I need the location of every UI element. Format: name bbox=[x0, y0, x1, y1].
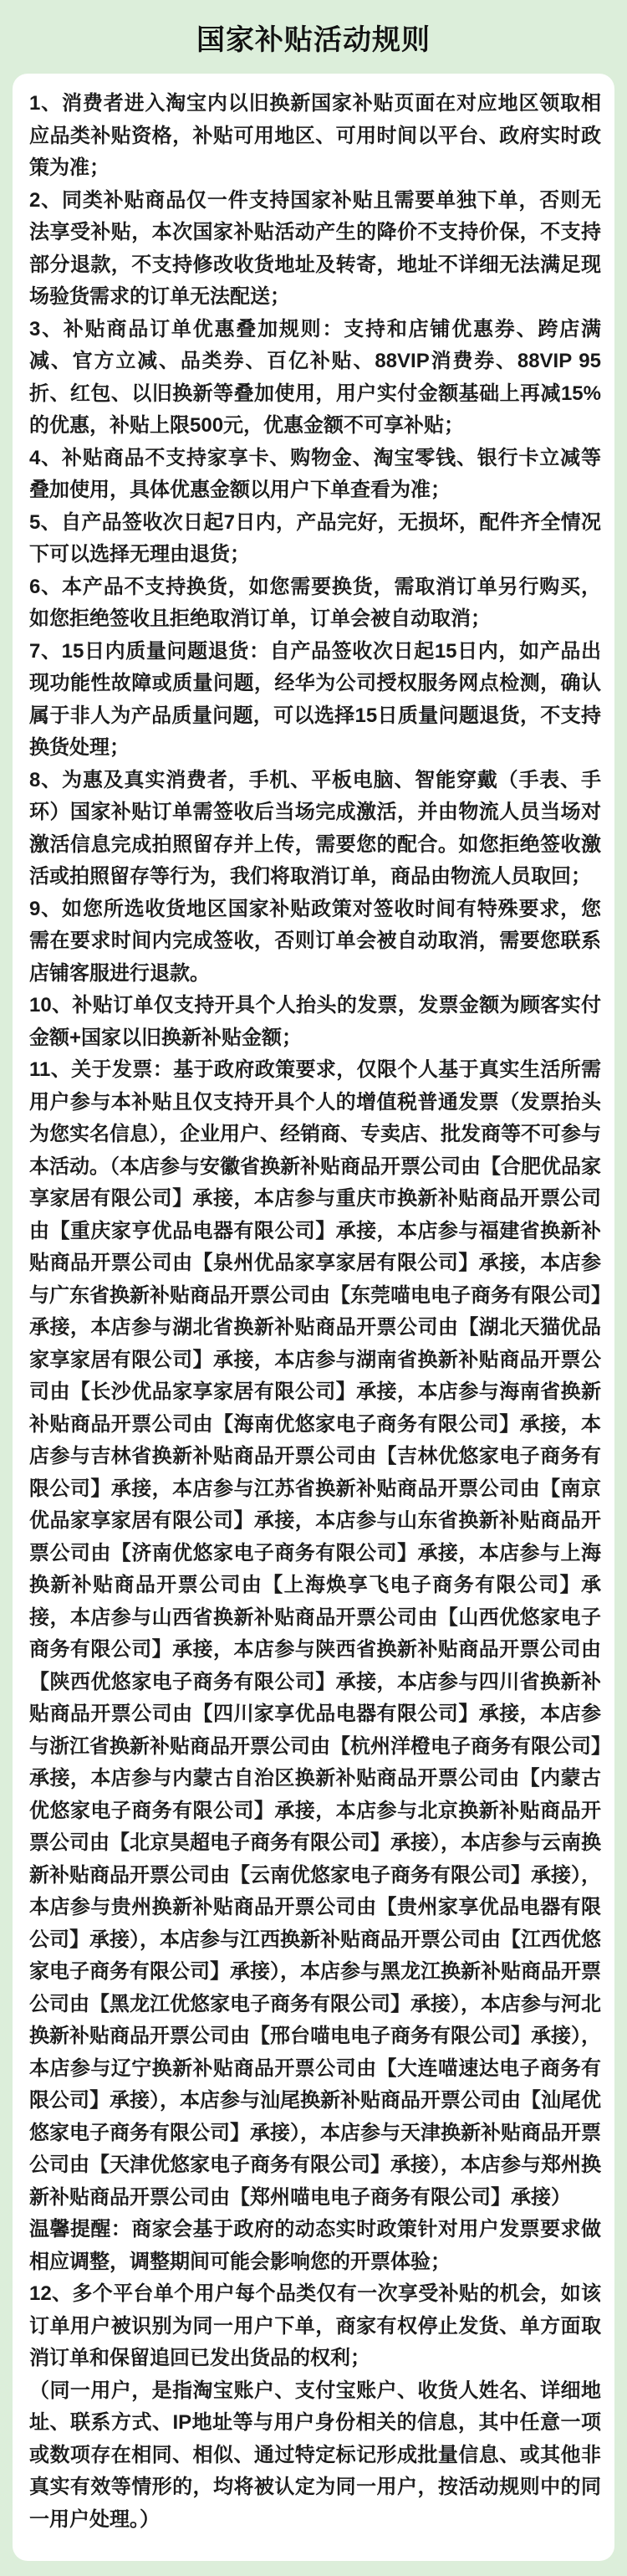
rule-paragraph-reminder: 温馨提醒：商家会基于政府的动态实时政策针对用户发票要求做相应调整，调整期间可能会… bbox=[29, 2214, 601, 2278]
rules-card: 1、消费者进入淘宝内以旧换新国家补贴页面在对应地区领取相应品类补贴资格，补贴可用… bbox=[13, 74, 614, 2561]
rule-paragraph-9: 9、如您所选收货地区国家补贴政策对签收时间有特殊要求，您需在要求时间内完成签收，… bbox=[29, 894, 601, 991]
subsidy-rules-page: 国家补贴活动规则 1、消费者进入淘宝内以旧换新国家补贴页面在对应地区领取相应品类… bbox=[0, 0, 627, 2576]
rule-paragraph-5: 5、自产品签收次日起7日内，产品完好，无损坏，配件齐全情况下可以选择无理由退货； bbox=[29, 507, 601, 571]
rule-paragraph-same-user-note: （同一用户，是指淘宝账户、支付宝账户、收货人姓名、详细地址、联系方式、IP地址等… bbox=[29, 2375, 601, 2537]
rule-paragraph-10: 10、补贴订单仅支持开具个人抬头的发票，发票金额为顾客实付金额+国家以旧换新补贴… bbox=[29, 990, 601, 1054]
rule-paragraph-1: 1、消费者进入淘宝内以旧换新国家补贴页面在对应地区领取相应品类补贴资格，补贴可用… bbox=[29, 88, 601, 185]
rule-paragraph-12: 12、多个平台单个用户每个品类仅有一次享受补贴的机会，如该订单用户被识别为同一用… bbox=[29, 2278, 601, 2375]
rule-paragraph-3: 3、补贴商品订单优惠叠加规则：支持和店铺优惠券、跨店满减、官方立减、品类券、百亿… bbox=[29, 314, 601, 443]
rule-paragraph-11: 11、关于发票：基于政府政策要求，仅限个人基于真实生活所需用户参与本补贴且仅支持… bbox=[29, 1054, 601, 2214]
rule-paragraph-8: 8、为惠及真实消费者，手机、平板电脑、智能穿戴（手表、手环）国家补贴订单需签收后… bbox=[29, 765, 601, 894]
rule-paragraph-6: 6、本产品不支持换货，如您需要换货，需取消订单另行购买，如您拒绝签收且拒绝取消订… bbox=[29, 571, 601, 636]
page-title: 国家补贴活动规则 bbox=[0, 0, 627, 74]
rule-paragraph-4: 4、补贴商品不支持家享卡、购物金、淘宝零钱、银行卡立减等叠加使用，具体优惠金额以… bbox=[29, 443, 601, 507]
rule-paragraph-7: 7、15日内质量问题退货：自产品签收次日起15日内，如产品出现功能性故障或质量问… bbox=[29, 636, 601, 765]
rule-paragraph-2: 2、同类补贴商品仅一件支持国家补贴且需要单独下单，否则无法享受补贴，本次国家补贴… bbox=[29, 185, 601, 314]
